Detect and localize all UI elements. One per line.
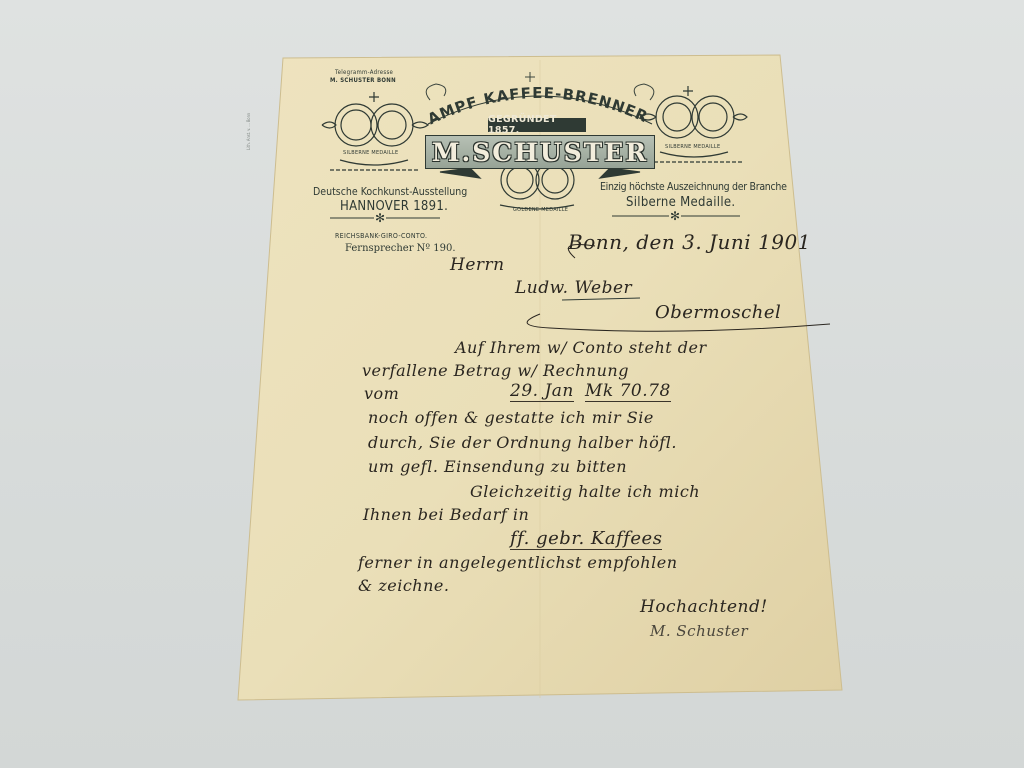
left-medal-caption: SILBERNE MEDAILLE xyxy=(343,150,398,156)
body-line: um gefl. Einsendung zu bitten xyxy=(368,457,627,476)
telegram-label: Telegramm-Adresse xyxy=(335,69,393,76)
body-line: Ihnen bei Bedarf in xyxy=(363,505,529,524)
body-line: & zeichne. xyxy=(358,576,449,595)
body-line: durch, Sie der Ordnung halber höfl. xyxy=(368,433,677,452)
place-date: Bonn, den 3. Juni 1901 xyxy=(568,230,811,254)
product-line: ff. gebr. Kaffees xyxy=(510,528,662,550)
company-name-banner: M.SCHUSTER xyxy=(425,135,655,169)
founded-badge: GEGRÜNDET 1857. xyxy=(488,118,586,132)
body-line: vom xyxy=(364,384,399,403)
recipient-place: Obermoschel xyxy=(655,302,781,323)
center-medal-caption: GOLDENE MEDAILLE xyxy=(513,207,568,213)
invoice-date: 29. Jan xyxy=(510,381,574,402)
body-line: verfallene Betrag w/ Rechnung xyxy=(362,361,629,380)
body-line: ferner in angelegentlichst empfohlen xyxy=(358,553,678,572)
closing: Hochachtend! xyxy=(640,597,768,617)
phone-number: Fernsprecher Nº 190. xyxy=(345,243,456,254)
bank-account: REICHSBANK-GIRO-CONTO. xyxy=(335,232,427,240)
left-award-line1: Deutsche Kochkunst-Ausstellung xyxy=(313,186,467,198)
svg-text:✻: ✻ xyxy=(670,209,680,223)
left-award-line2: HANNOVER 1891. xyxy=(340,199,448,214)
printer-margin-note: Lith. Anst. v. ... Bonn xyxy=(246,113,251,150)
body-line: Gleichzeitig halte ich mich xyxy=(470,482,700,501)
salutation: Herrn xyxy=(450,255,505,275)
invoice-amount: Mk 70.78 xyxy=(585,381,671,402)
right-award-line2: Silberne Medaille. xyxy=(626,195,735,210)
body-line: Auf Ihrem w/ Conto steht der xyxy=(455,338,707,357)
body-line: noch offen & gestatte ich mir Sie xyxy=(368,408,654,427)
recipient-name: Ludw. Weber xyxy=(515,278,632,298)
right-medal-caption: SILBERNE MEDAILLE xyxy=(665,144,720,150)
right-award-line1: Einzig höchste Auszeichnung der Branche xyxy=(600,181,787,193)
signature: M. Schuster xyxy=(650,622,748,640)
photo-background: ✻ ✻ DAMPF KAFFEE-BRENNEREI GEGRÜNDET 185… xyxy=(0,0,1024,768)
telegram-address: M. SCHUSTER BONN xyxy=(330,77,396,84)
